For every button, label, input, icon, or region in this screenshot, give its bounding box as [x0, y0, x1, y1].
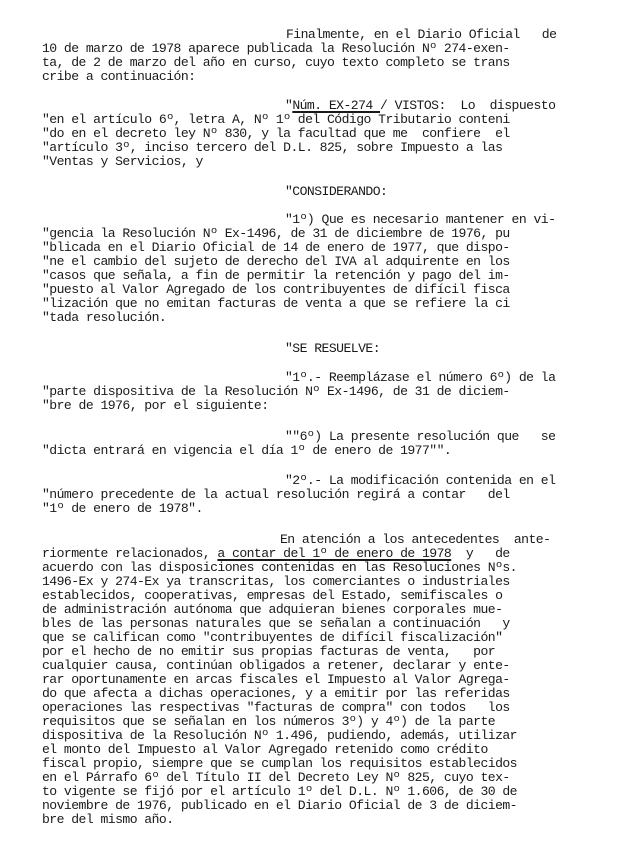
text-line: en el Párrafo 6º del Título II del Decre… — [42, 771, 510, 785]
text-line: 10 de marzo de 1978 aparece publicada la… — [42, 42, 510, 56]
text-line: requisitos que se señalan en los números… — [42, 715, 495, 729]
text-line: noviembre de 1976, publicado en el Diari… — [42, 799, 517, 813]
text-line: "Ventas y Servicios, y — [42, 155, 203, 169]
text-line: 1496-Ex y 274-Ex ya transcritas, los com… — [42, 575, 510, 589]
text-line: En atención a los antecedentes ante- — [280, 533, 550, 547]
text-line: "bre de 1976, por el siguiente: — [42, 399, 269, 413]
text-line: "número precedente de la actual resoluci… — [42, 488, 510, 502]
text-line: "artículo 3º, inciso tercero del D.L. 82… — [42, 141, 502, 155]
text-line: "1º) Que es necesario mantener en vi- — [285, 213, 555, 227]
text-line: "1º de enero de 1978". — [42, 502, 203, 516]
text-line: fiscal propio, siempre que se cumplan lo… — [42, 757, 517, 771]
document-page: Finalmente, en el Diario Oficial de10 de… — [0, 0, 630, 851]
text-line: "ne el cambio del sujeto de derecho del … — [42, 255, 510, 269]
text-line: "Núm. EX-274 / VISTOS: Lo dispuesto — [285, 99, 555, 113]
text-line: "en el artículo 6º, letra A, Nº 1º del C… — [42, 113, 510, 127]
text-line: de administración autónoma que adquieran… — [42, 603, 502, 617]
text-line: cribe a continuación: — [42, 70, 195, 84]
text-line: Finalmente, en el Diario Oficial de — [286, 28, 556, 42]
text-line: que se califican como "contribuyentes de… — [42, 631, 502, 645]
text-line: "1º.- Reemplázase el número 6º) de la — [285, 371, 555, 385]
text-line: "do en el decreto ley Nº 830, y la facul… — [42, 127, 510, 141]
text-line: bles de las personas naturales que se se… — [42, 617, 510, 631]
text-line: "tada resolución. — [42, 311, 166, 325]
text-line: rar oportunamente en arcas fiscales el I… — [42, 673, 510, 687]
text-line: "gencia la Resolución Nº Ex-1496, de 31 … — [42, 227, 510, 241]
text-line: "CONSIDERANDO: — [285, 185, 387, 199]
text-line: ""6º) La presente resolución que se — [285, 430, 555, 444]
text-line: ta, de 2 de marzo del año en curso, cuyo… — [42, 56, 510, 70]
text-line: do que afecta a dichas operaciones, y a … — [42, 687, 510, 701]
text-line: el monto del Impuesto al Valor Agregado … — [42, 743, 488, 757]
text-line: operaciones las respectivas "facturas de… — [42, 701, 510, 715]
text-line: "puesto al Valor Agregado de los contrib… — [42, 283, 510, 297]
text-line: riormente relacionados, a contar del 1º … — [42, 547, 510, 561]
text-line: "2º.- La modificación contenida en el — [285, 474, 555, 488]
text-line: to vigente se fijó por el artículo 1º de… — [42, 785, 517, 799]
underlined-span: Núm. EX-274 — [292, 98, 380, 113]
text-line: "parte dispositiva de la Resolución Nº E… — [42, 385, 510, 399]
text-line: "SE RESUELVE: — [285, 342, 380, 356]
text-line: establecidos, cooperativas, empresas del… — [42, 589, 502, 603]
text-line: "blicada en el Diario Oficial de 14 de e… — [42, 241, 510, 255]
text-line: acuerdo con las disposiciones contenidas… — [42, 561, 517, 575]
text-line: cualquier causa, continúan obligados a r… — [42, 659, 510, 673]
text-line: "lización que no emitan facturas de vent… — [42, 297, 510, 311]
underlined-span: a contar del 1º de enero de 1978 — [217, 546, 451, 561]
text-line: "dicta entrará en vigencia el día 1º de … — [42, 444, 451, 458]
text-line: "casos que señala, a fin de permitir la … — [42, 269, 510, 283]
text-line: por el hecho de no emitir sus propias fa… — [42, 645, 495, 659]
text-line: bre del mismo año. — [42, 813, 174, 827]
text-line: dispositiva de la Resolución Nº 1.496, p… — [42, 729, 517, 743]
